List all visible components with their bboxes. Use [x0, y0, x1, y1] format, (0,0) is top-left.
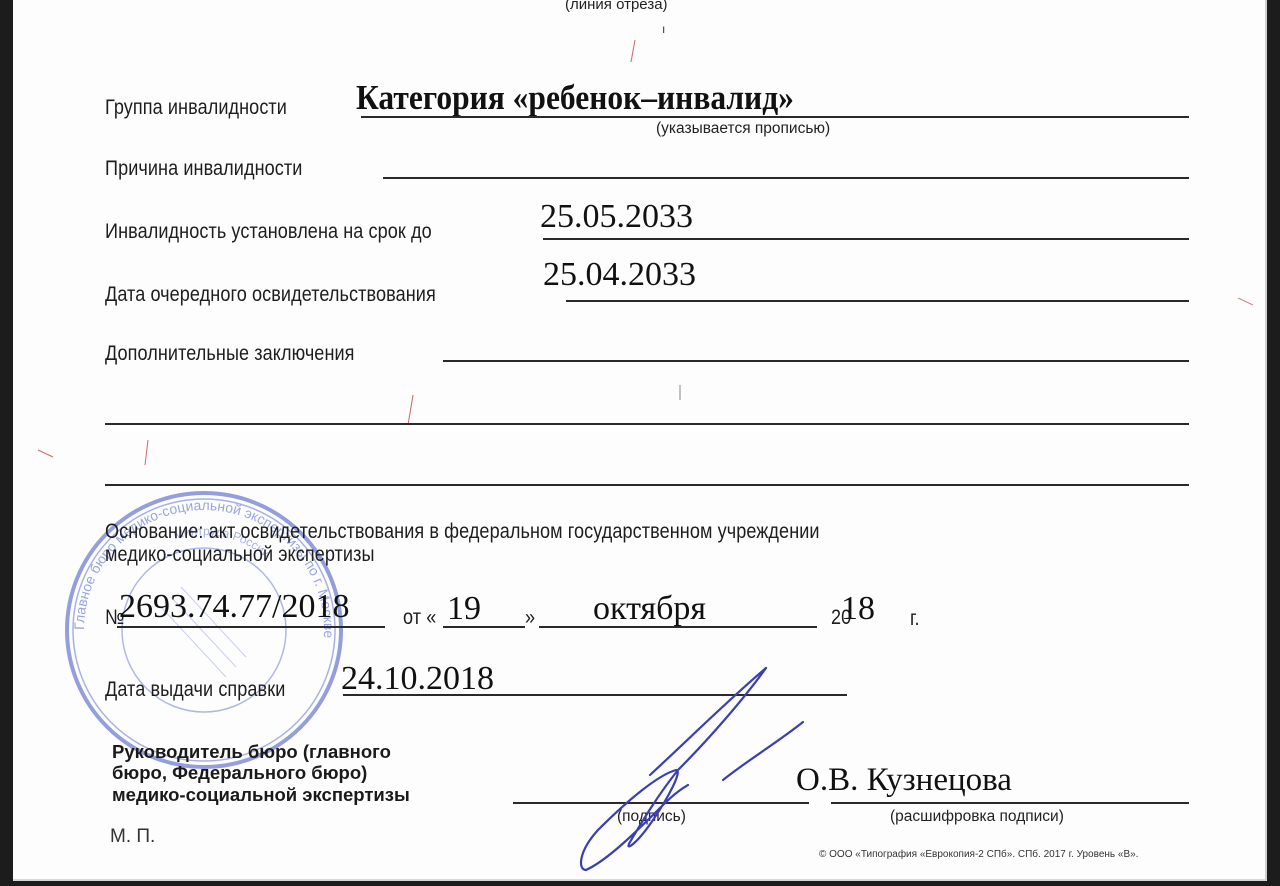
additional-conclusions-line-1 — [443, 360, 1189, 362]
name-caption: (расшифровка подписи) — [890, 808, 1064, 826]
basis-line-1: Основание: акт освидетельствования в фед… — [105, 520, 820, 544]
established-until-value: 25.05.2033 — [540, 198, 693, 236]
cut-line-caption: (линия отреза) — [565, 0, 668, 13]
next-examination-value: 25.04.2033 — [543, 256, 696, 294]
head-name: О.В. Кузнецова — [796, 762, 1012, 799]
disability-reason-label: Причина инвалидности — [105, 157, 302, 181]
established-until-label: Инвалидность установлена на срок до — [105, 220, 432, 244]
issue-date-line — [343, 694, 847, 696]
seal-label: М. П. — [110, 826, 155, 848]
head-title-line-2: бюро, Федерального бюро) — [112, 762, 367, 783]
act-day-value: 19 — [447, 590, 481, 628]
additional-conclusions-label: Дополнительные заключения — [105, 342, 355, 366]
disability-group-label: Группа инвалидности — [105, 96, 287, 120]
established-until-line — [543, 238, 1189, 240]
next-examination-line — [566, 300, 1189, 302]
act-number-line — [117, 626, 385, 628]
act-number-value: 2693.74.77/2018 — [119, 588, 349, 626]
additional-conclusions-line-3 — [105, 484, 1189, 486]
act-day-line — [443, 626, 525, 628]
next-examination-label: Дата очередного освидетельствования — [105, 283, 436, 307]
signature-line — [513, 802, 809, 804]
disability-reason-line — [383, 177, 1189, 179]
name-line — [831, 802, 1189, 804]
certificate-page: (линия отреза) ı Группа инвалидности Кат… — [13, 0, 1267, 881]
printer-footer: © ООО «Типография «Еврокопия-2 СПб». СПб… — [819, 849, 1138, 860]
handwritten-signature — [553, 660, 823, 880]
act-month-value: октября — [593, 590, 706, 628]
basis-line-2: медико-социальной экспертизы — [105, 543, 375, 567]
issue-date-value: 24.10.2018 — [341, 660, 494, 698]
disability-group-value: Категория «ребенок–инвалид» — [356, 78, 794, 118]
disability-group-line — [361, 116, 1189, 118]
act-year-unit: г. — [910, 607, 920, 631]
act-from-label: от « — [403, 606, 436, 630]
additional-conclusions-line-2 — [105, 423, 1189, 425]
cut-mark: ı — [662, 22, 665, 36]
head-title-line-3: медико-социальной экспертизы — [112, 784, 410, 805]
disability-group-hint: (указывается прописью) — [656, 120, 830, 138]
act-year-value: 18 — [841, 590, 875, 628]
head-title-line-1: Руководитель бюро (главного — [112, 741, 391, 762]
act-day-close: » — [525, 606, 535, 630]
issue-date-label: Дата выдачи справки — [105, 678, 285, 702]
signature-caption: (подпись) — [617, 808, 686, 826]
act-month-line — [539, 626, 817, 628]
